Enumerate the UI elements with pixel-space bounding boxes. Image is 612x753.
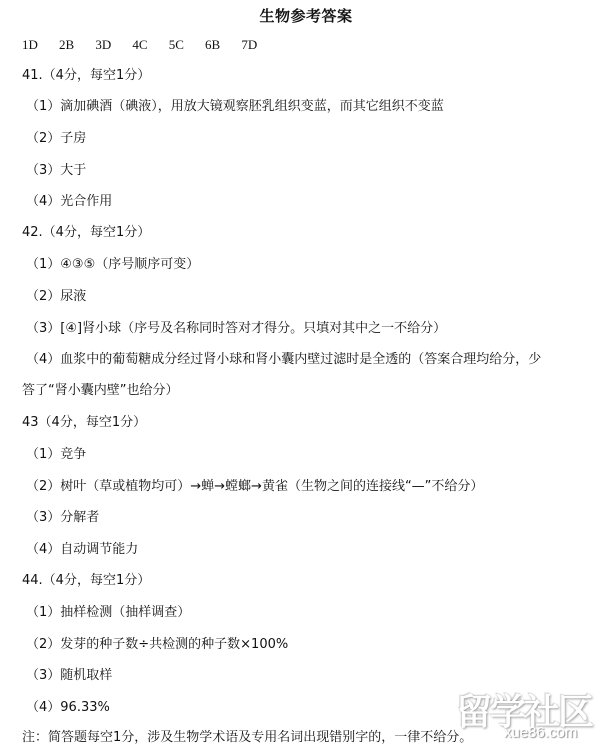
q44-answer-3: （3）随机取样: [26, 667, 112, 685]
mc-answer: 6B: [205, 36, 220, 54]
q44-answer-4: （4）96.33%: [26, 699, 110, 717]
q43-answer-4: （4）自动调节能力: [26, 541, 138, 559]
q42-answer-1: （1）④③⑤（序号顺序可变）: [26, 256, 199, 274]
q41-answer-2: （2）子房: [26, 130, 86, 148]
q42-answer-4: （4）血浆中的葡萄糖成分经过肾小球和肾小囊内壁过滤时是全透的（答案合理均给分，少: [26, 351, 541, 369]
q43-answer-3: （3）分解者: [26, 509, 99, 527]
q44-header: 44.（4分，每空1分）: [22, 572, 150, 590]
q43-answer-1: （1）竞争: [26, 446, 86, 464]
q44-answer-2: （2）发芽的种子数÷共检测的种子数×100%: [26, 636, 288, 654]
multiple-choice-answers: 1D 2B 3D 4C 5C 6B 7D: [22, 36, 274, 55]
q42-header: 42.（4分，每空1分）: [22, 224, 150, 242]
q41-header: 41.（4分，每空1分）: [22, 67, 150, 85]
mc-answer: 1D: [22, 36, 38, 54]
mc-answer: 7D: [241, 36, 257, 54]
q41-answer-1: （1）滴加碘酒（碘液），用放大镜观察胚乳组织变蓝，而其它组织不变蓝: [26, 98, 444, 116]
q44-answer-1: （1）抽样检测（抽样调查）: [26, 604, 190, 622]
mc-answer: 2B: [59, 36, 74, 54]
mc-answer: 3D: [95, 36, 111, 54]
grading-note: 注：简答题每空1分，涉及生物学术语及专用名词出现错别字的，一律不给分。: [22, 729, 472, 747]
q41-answer-4: （4）光合作用: [26, 193, 112, 211]
watermark-logo: 留学社区: [456, 684, 592, 735]
watermark-site: xue86.com: [504, 724, 577, 741]
q42-answer-4-continued: 答了“肾小囊内壁”也给分）: [22, 382, 178, 400]
page-title: 生物参考答案: [0, 5, 612, 26]
q42-answer-2: （2）尿液: [26, 288, 86, 306]
q41-answer-3: （3）大于: [26, 162, 86, 180]
mc-answer: 5C: [169, 36, 184, 54]
q43-header: 43（4分，每空1分）: [22, 414, 146, 432]
mc-answer: 4C: [132, 36, 147, 54]
q42-answer-3: （3）[④]肾小球（序号及名称同时答对才得分。只填对其中之一不给分）: [26, 320, 446, 338]
q43-answer-2: （2）树叶（草或植物均可）→蝉→螳螂→黄雀（生物之间的连接线“—”不给分）: [26, 478, 483, 496]
